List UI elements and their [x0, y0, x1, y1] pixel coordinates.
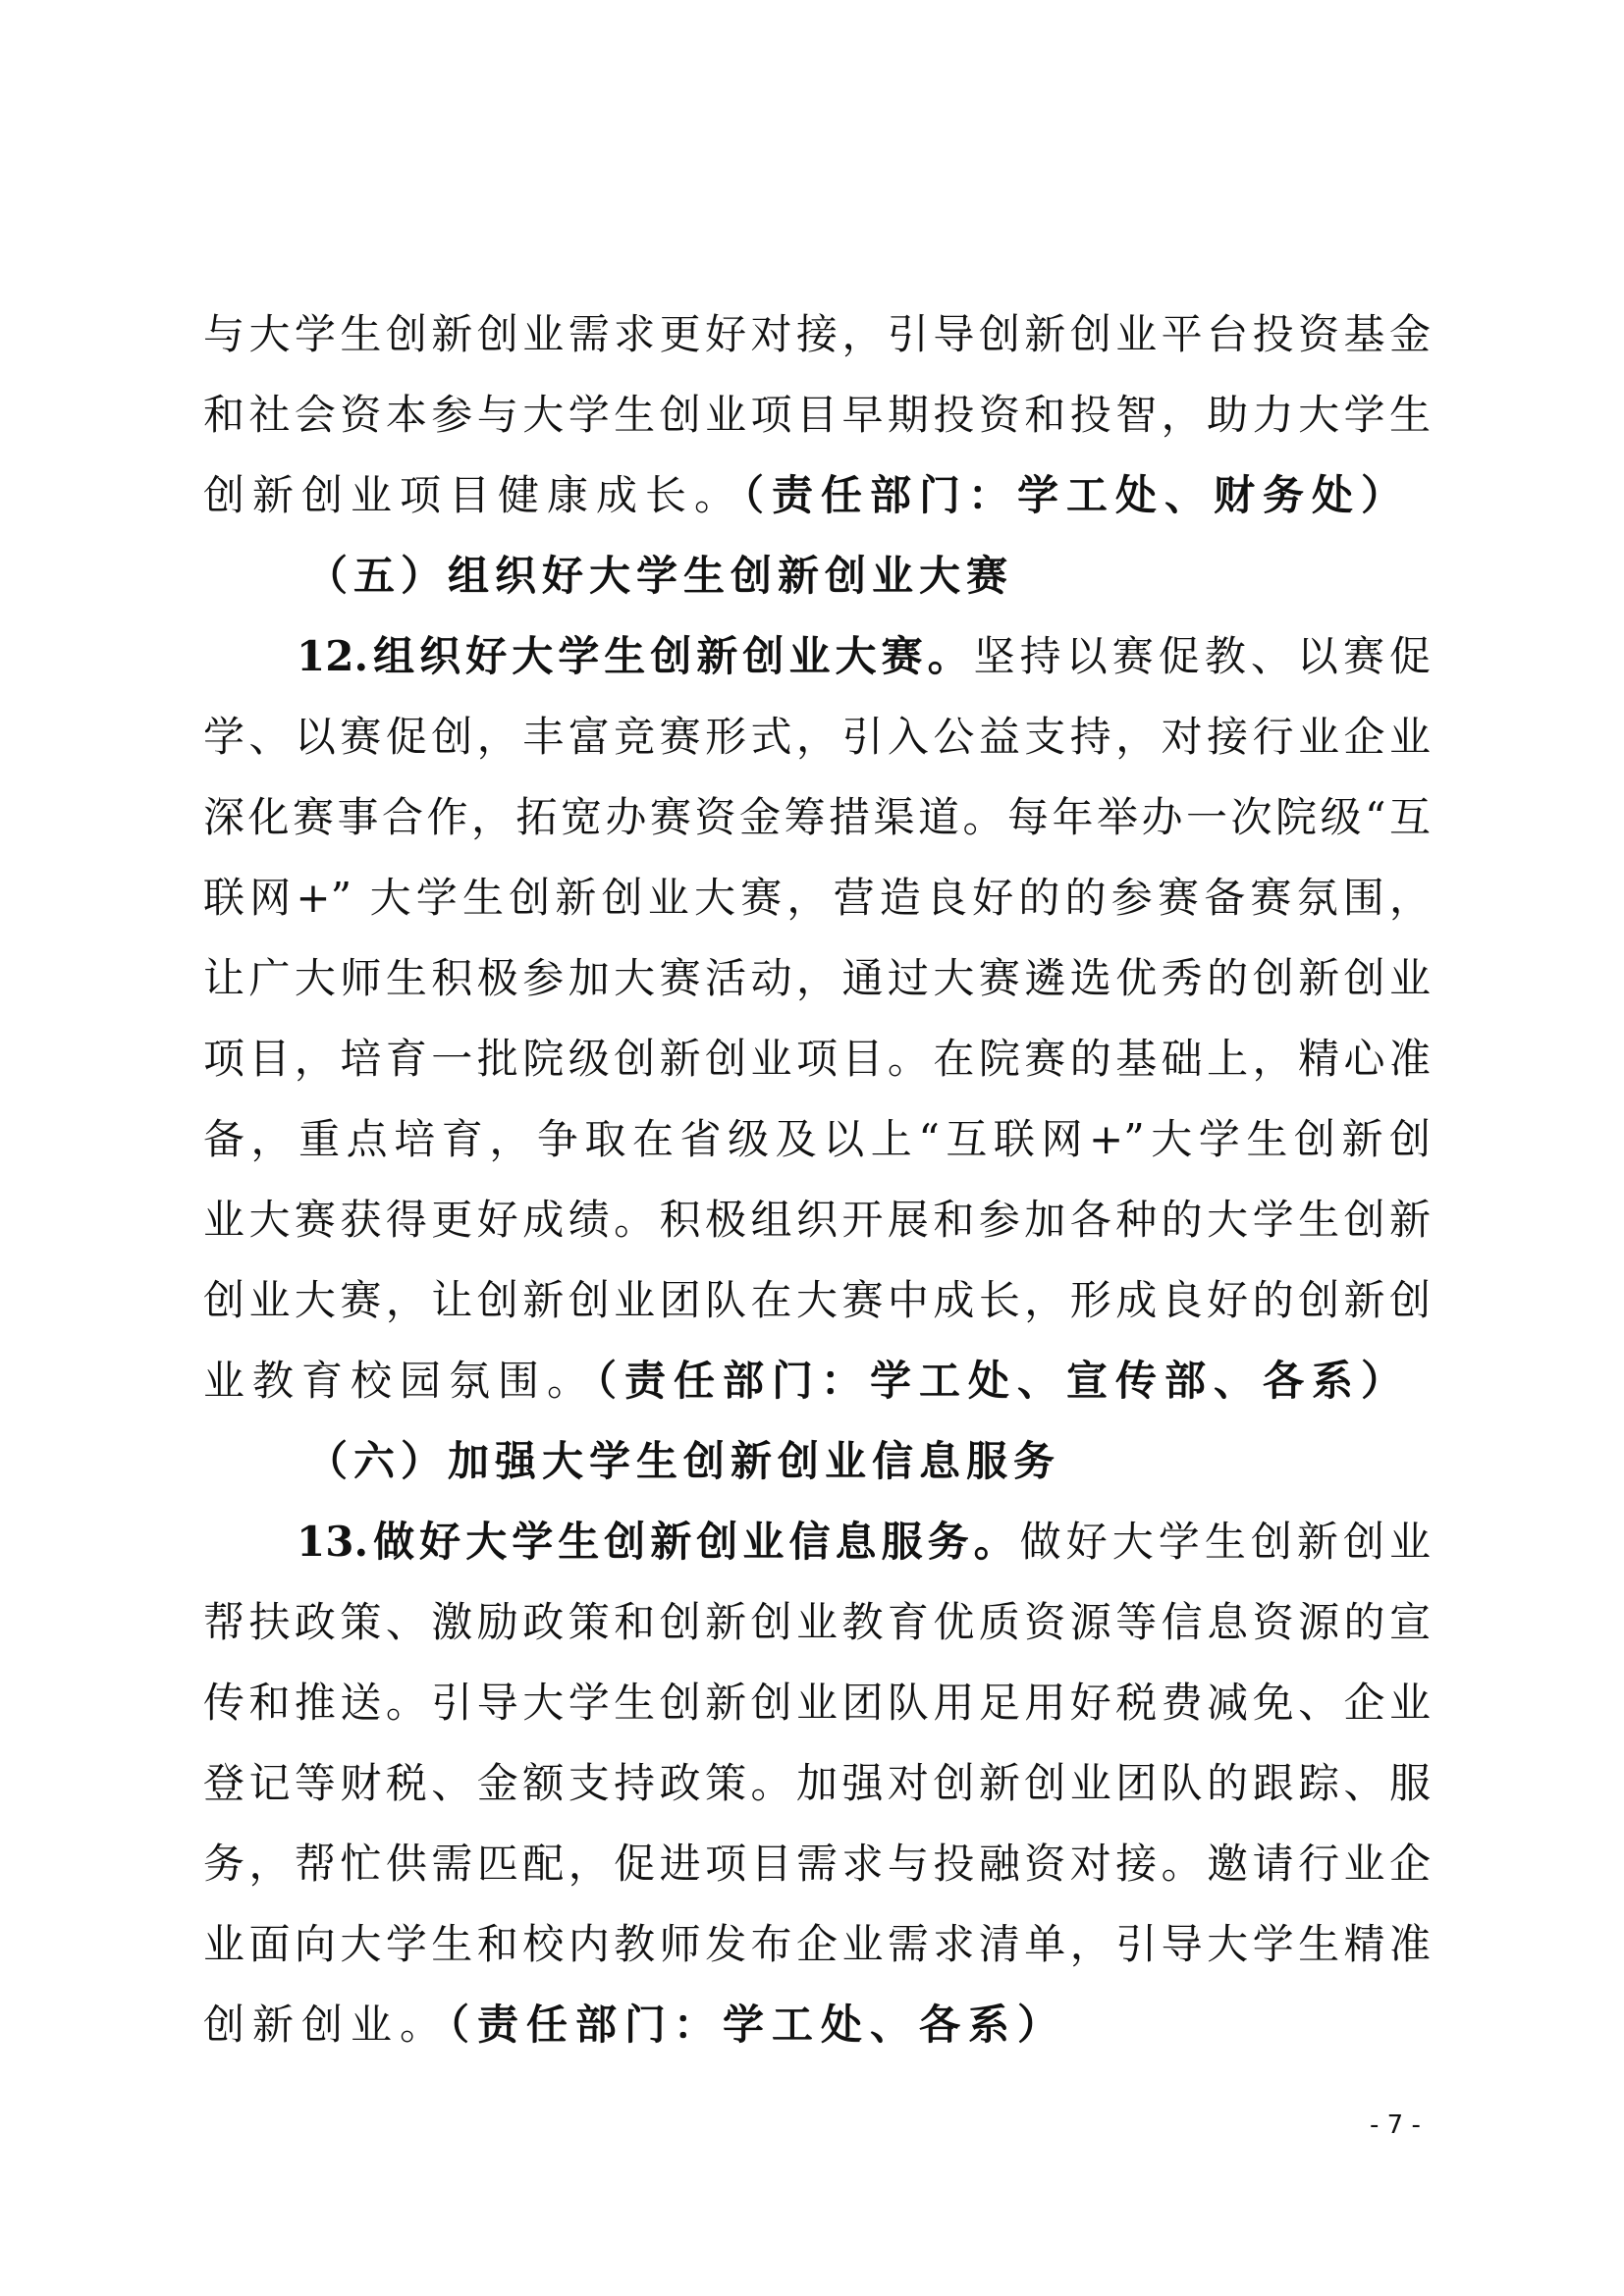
line-text: 备，重点培育，争取在省级及以上“互联网+”大学生创新创 [203, 1115, 1431, 1163]
line-text: 传和推送。引导大学生创新创业团队用足用好税费减免、企业 [203, 1679, 1431, 1727]
line-text: 让广大师生积极参加大赛活动，通过大赛遴选优秀的创新创业 [203, 954, 1431, 1002]
body-line: 传和推送。引导大学生创新创业团队用足用好税费减免、企业 [203, 1663, 1431, 1743]
line-text: 和社会资本参与大学生创业项目早期投资和投智，助力大学生 [203, 391, 1431, 439]
document-page: 与大学生创新创业需求更好对接，引导创新创业平台投资基金 和社会资本参与大学生创业… [0, 0, 1624, 2296]
body-line-with-responsibility: 业教育校园氛围。（责任部门：学工处、宣传部、各系） [203, 1341, 1431, 1421]
line-text: 联网+” 大学生创新创业大赛，营造良好的的参赛备赛氛围， [203, 874, 1431, 922]
line-text: 业面向大学生和校内教师发布企业需求清单，引导大学生精准 [203, 1920, 1431, 1968]
section-heading-5: （五）组织好大学生创新创业大赛 [203, 536, 1431, 616]
body-line: 深化赛事合作，拓宽办赛资金筹措渠道。每年举办一次院级“互 [203, 777, 1431, 858]
body-line: 帮扶政策、激励政策和创新创业教育优质资源等信息资源的宣 [203, 1582, 1431, 1663]
heading-text: （五）组织好大学生创新创业大赛 [306, 552, 1013, 600]
body-line: 与大学生创新创业需求更好对接，引导创新创业平台投资基金 [203, 294, 1431, 375]
heading-text: （六）加强大学生创新创业信息服务 [306, 1437, 1060, 1485]
responsible-departments: （责任部门：学工处、财务处） [743, 471, 1410, 519]
line-text: 坚持以赛促教、以赛促 [974, 632, 1431, 680]
body-line: 项目，培育一批院级创新创业项目。在院赛的基础上，精心准 [203, 1019, 1431, 1099]
line-text: 务，帮忙供需匹配，促进项目需求与投融资对接。邀请行业企 [203, 1840, 1431, 1888]
line-text: 登记等财税、金额支持政策。加强对创新创业团队的跟踪、服 [203, 1759, 1431, 1807]
body-line: 让广大师生积极参加大赛活动，通过大赛遴选优秀的创新创业 [203, 938, 1431, 1019]
line-text: 创新创业。 [203, 2001, 449, 2049]
line-text: 深化赛事合作，拓宽办赛资金筹措渠道。每年举办一次院级“互 [203, 793, 1431, 841]
line-text: 帮扶政策、激励政策和创新创业教育优质资源等信息资源的宣 [203, 1598, 1431, 1646]
body-line: 和社会资本参与大学生创业项目早期投资和投智，助力大学生 [203, 375, 1431, 455]
line-text: 与大学生创新创业需求更好对接，引导创新创业平台投资基金 [203, 310, 1431, 358]
body-line: 务，帮忙供需匹配，促进项目需求与投融资对接。邀请行业企 [203, 1824, 1431, 1904]
body-line: 业大赛获得更好成绩。积极组织开展和参加各种的大学生创新 [203, 1180, 1431, 1260]
body-line: 备，重点培育，争取在省级及以上“互联网+”大学生创新创 [203, 1099, 1431, 1180]
item-title: 12.组织好大学生创新创业大赛。 [297, 632, 974, 680]
line-text: 项目，培育一批院级创新创业项目。在院赛的基础上，精心准 [203, 1035, 1431, 1083]
item-13-first-line: 13.做好大学生创新创业信息服务。做好大学生创新创业 [203, 1502, 1431, 1582]
document-body: 与大学生创新创业需求更好对接，引导创新创业平台投资基金 和社会资本参与大学生创业… [203, 294, 1431, 2065]
line-text: 学、以赛促创，丰富竞赛形式，引入公益支持，对接行业企业 [203, 713, 1431, 761]
body-line: 登记等财税、金额支持政策。加强对创新创业团队的跟踪、服 [203, 1743, 1431, 1824]
item-title: 13.做好大学生创新创业信息服务。 [297, 1518, 1020, 1566]
line-text: 创新创业项目健康成长。 [203, 471, 743, 519]
body-line-with-responsibility: 创新创业项目健康成长。（责任部门：学工处、财务处） [203, 455, 1431, 536]
item-12-first-line: 12.组织好大学生创新创业大赛。坚持以赛促教、以赛促 [203, 616, 1431, 697]
line-text: 做好大学生创新创业 [1020, 1518, 1431, 1566]
body-line: 联网+” 大学生创新创业大赛，营造良好的的参赛备赛氛围， [203, 858, 1431, 938]
body-line: 学、以赛促创，丰富竞赛形式，引入公益支持，对接行业企业 [203, 697, 1431, 777]
line-text: 业大赛获得更好成绩。积极组织开展和参加各种的大学生创新 [203, 1196, 1431, 1244]
page-number: - 7 - [1370, 2110, 1421, 2140]
body-line-with-responsibility: 创新创业。（责任部门：学工处、各系） [203, 1985, 1431, 2065]
responsible-departments: （责任部门：学工处、宣传部、各系） [596, 1357, 1410, 1405]
line-text: 创业大赛，让创新创业团队在大赛中成长，形成良好的创新创 [203, 1276, 1431, 1324]
body-line: 创业大赛，让创新创业团队在大赛中成长，形成良好的创新创 [203, 1260, 1431, 1341]
responsible-departments: （责任部门：学工处、各系） [449, 2001, 1066, 2049]
body-line: 业面向大学生和校内教师发布企业需求清单，引导大学生精准 [203, 1904, 1431, 1985]
section-heading-6: （六）加强大学生创新创业信息服务 [203, 1421, 1431, 1502]
line-text: 业教育校园氛围。 [203, 1357, 596, 1405]
